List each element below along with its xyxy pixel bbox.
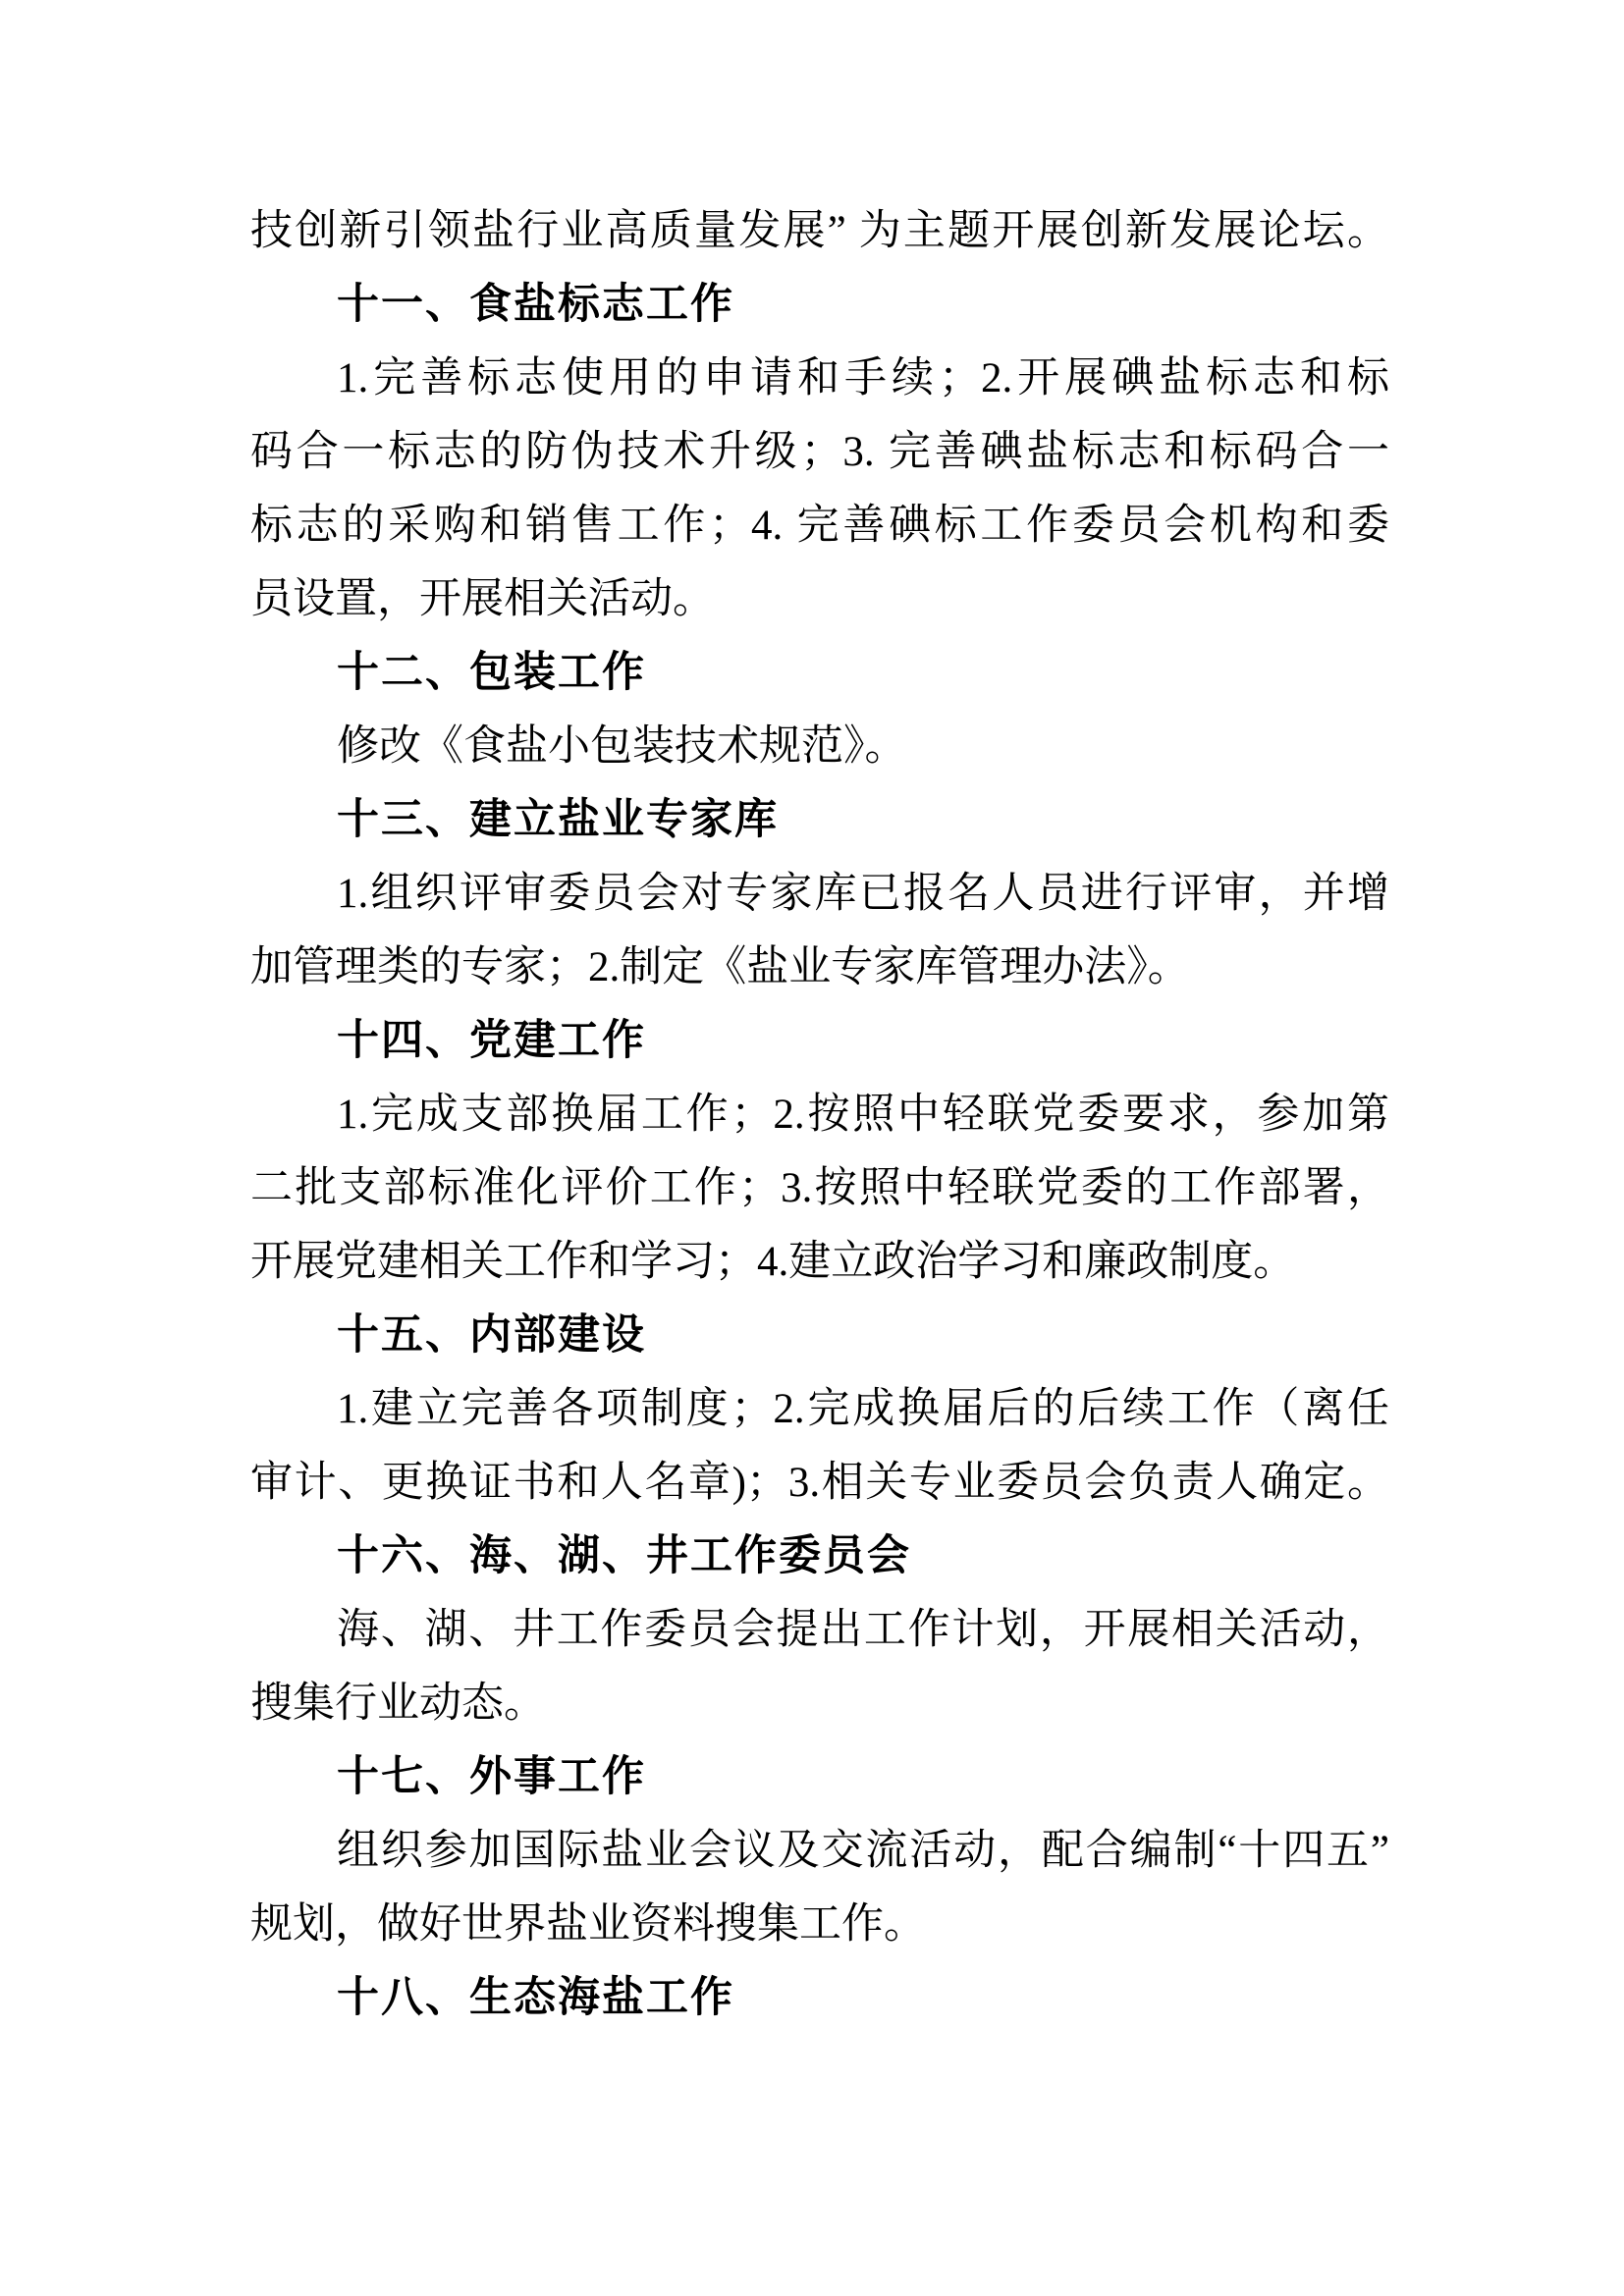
body-text-line: 员设置，开展相关活动。 — [250, 562, 1389, 636]
document-body: 技创新引领盐行业高质量发展” 为主题开展创新发展论坛。十一、食盐标志工作1.完善… — [250, 194, 1389, 2035]
document-page: 技创新引领盐行业高质量发展” 为主题开展创新发展论坛。十一、食盐标志工作1.完善… — [0, 0, 1624, 2296]
body-text-line: 组织参加国际盐业会议及交流活动，配合编制“十四五” — [250, 1814, 1389, 1888]
section-heading: 十一、食盐标志工作 — [250, 268, 1389, 342]
body-text-line: 1.组织评审委员会对专家库已报名人员进行评审，并增 — [250, 857, 1389, 931]
body-text-line: 修改《食盐小包装技术规范》。 — [250, 710, 1389, 783]
section-heading: 十七、外事工作 — [250, 1740, 1389, 1814]
body-text-line: 开展党建相关工作和学习；4.建立政治学习和廉政制度。 — [250, 1225, 1389, 1299]
section-heading: 十四、党建工作 — [250, 1004, 1389, 1078]
body-text-line: 规划，做好世界盐业资料搜集工作。 — [250, 1888, 1389, 1961]
body-text-line: 加管理类的专家；2.制定《盐业专家库管理办法》。 — [250, 931, 1389, 1004]
body-text-line: 技创新引领盐行业高质量发展” 为主题开展创新发展论坛。 — [250, 194, 1389, 268]
body-text-line: 二批支部标准化评价工作；3.按照中轻联党委的工作部署， — [250, 1151, 1389, 1225]
body-text-line: 审计、更换证书和人名章)；3.相关专业委员会负责人确定。 — [250, 1446, 1389, 1520]
body-text-line: 搜集行业动态。 — [250, 1667, 1389, 1740]
section-heading: 十五、内部建设 — [250, 1299, 1389, 1372]
section-heading: 十三、建立盐业专家库 — [250, 783, 1389, 857]
body-text-line: 码合一标志的防伪技术升级；3. 完善碘盐标志和标码合一 — [250, 415, 1389, 489]
body-text-line: 1.完善标志使用的申请和手续；2.开展碘盐标志和标 — [250, 342, 1389, 415]
section-heading: 十六、海、湖、井工作委员会 — [250, 1520, 1389, 1593]
section-heading: 十二、包装工作 — [250, 636, 1389, 710]
body-text-line: 标志的采购和销售工作；4. 完善碘标工作委员会机构和委 — [250, 489, 1389, 562]
body-text-line: 1.建立完善各项制度；2.完成换届后的后续工作（离任 — [250, 1372, 1389, 1446]
body-text-line: 1.完成支部换届工作；2.按照中轻联党委要求，参加第 — [250, 1078, 1389, 1151]
body-text-line: 海、湖、井工作委员会提出工作计划，开展相关活动， — [250, 1593, 1389, 1667]
section-heading: 十八、生态海盐工作 — [250, 1961, 1389, 2035]
